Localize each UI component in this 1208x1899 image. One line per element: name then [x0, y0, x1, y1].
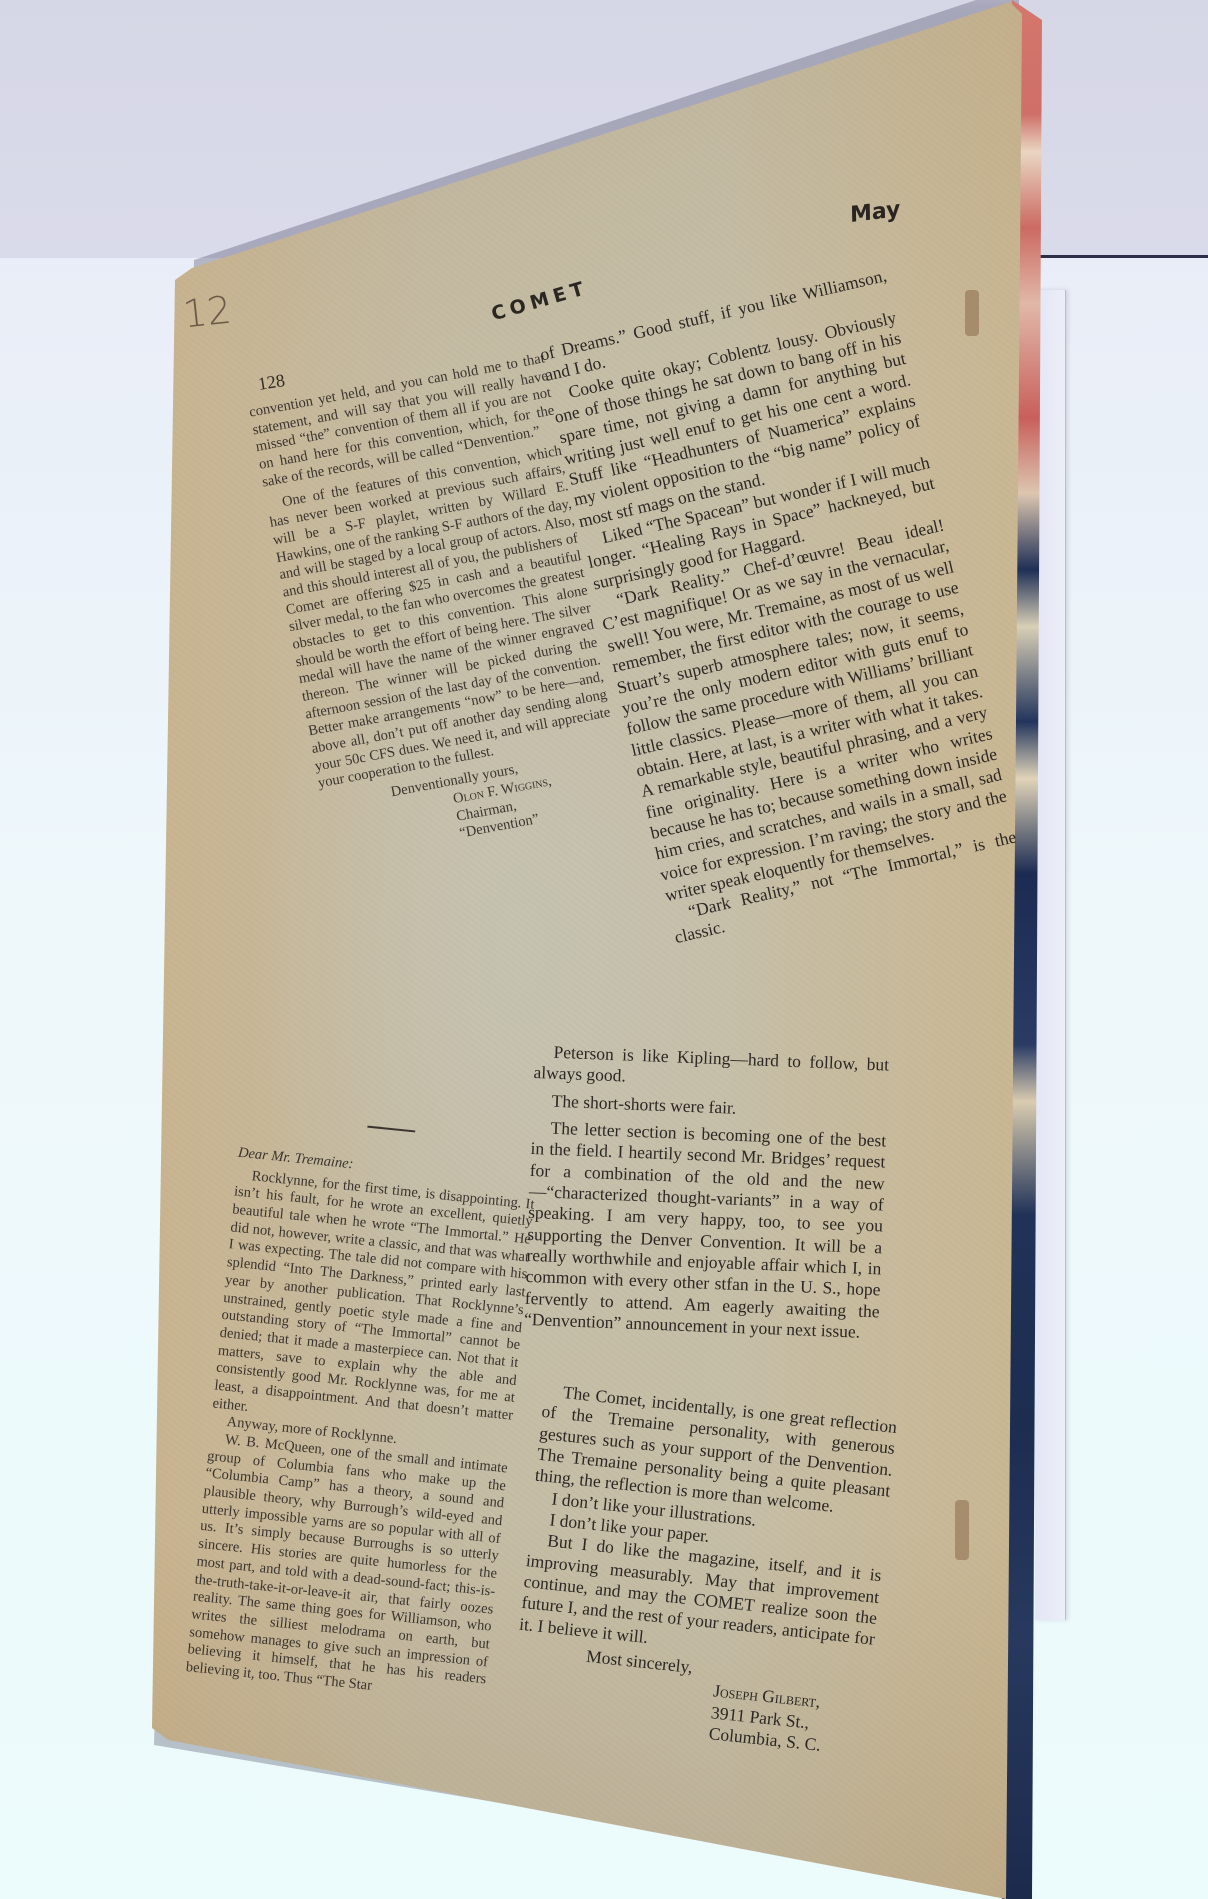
paragraph: W. B. McQueen, one of the small and inti…: [185, 1430, 508, 1707]
paragraph: Rocklynne, for the first time, is disapp…: [212, 1166, 535, 1443]
right-column-top: of Dreams.” Good stuff, if you like Will…: [538, 265, 1023, 948]
right-column-bottom: The Comet, incidentally, is one great re…: [509, 1380, 898, 1761]
running-head: COMET: [489, 277, 591, 326]
right-column-middle: Peterson is like Kipling—hard to follow,…: [524, 1035, 890, 1344]
paragraph: One of the features of this convention, …: [265, 443, 615, 793]
page-number: 128: [257, 370, 287, 395]
paragraph: Peterson is like Kipling—hard to follow,…: [533, 1041, 889, 1097]
handwritten-mark: 12: [181, 288, 234, 337]
paragraph: The letter section is becoming one of th…: [524, 1117, 887, 1344]
section-divider: [367, 1126, 415, 1133]
page-content: 12 128 COMET May convention yet held, an…: [0, 0, 1208, 1899]
issue-month: May: [850, 197, 900, 228]
left-column-bottom: Dear Mr. Tremaine: Rocklynne, for the fi…: [185, 1085, 544, 1707]
